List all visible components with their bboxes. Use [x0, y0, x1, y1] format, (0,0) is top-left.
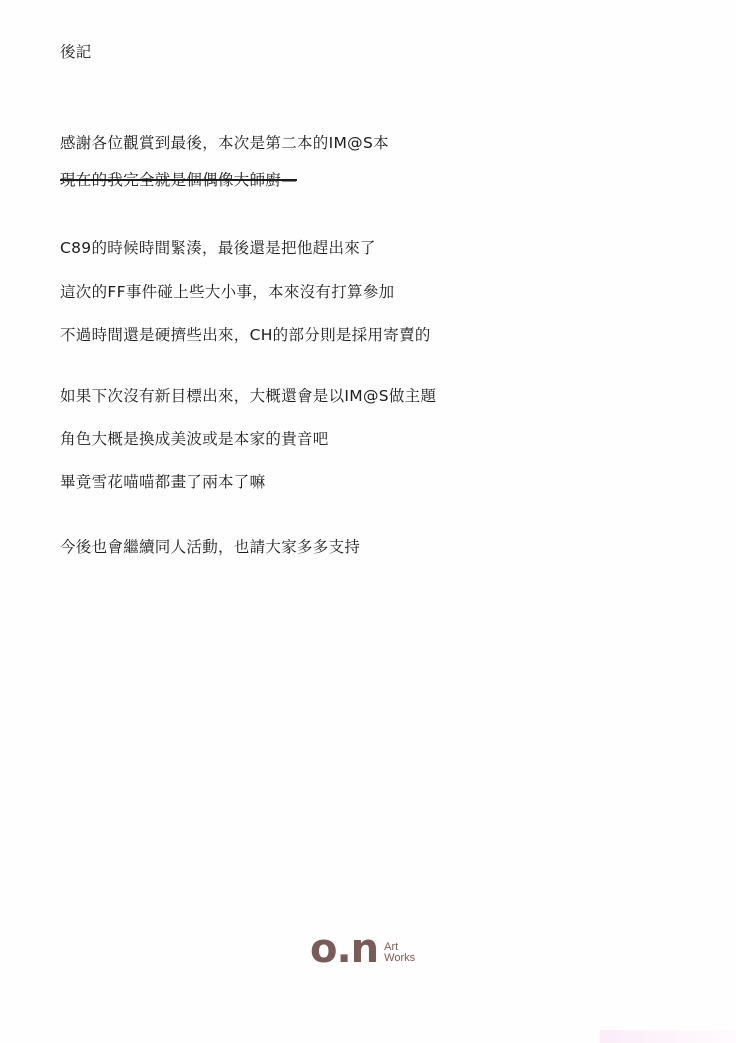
page-title: 後記: [60, 42, 92, 62]
circle-logo: o.n Art Works: [310, 926, 440, 966]
text-line: 角色大概是換成美波或是本家的貴音吧: [60, 429, 329, 449]
scan-artifact: [600, 1030, 736, 1043]
text-line: C89的時候時間緊湊，最後還是把他趕出來了: [60, 238, 376, 258]
text-line: 畢竟雪花喵喵都畫了兩本了嘛: [60, 472, 265, 492]
logo-wordmark: Art Works: [384, 942, 415, 966]
text-line: 不過時間還是硬擠些出來，CH的部分則是採用寄賣的: [60, 325, 431, 345]
text-line: 今後也會繼續同人活動，也請大家多多支持: [60, 537, 360, 557]
text-line: 如果下次沒有新目標出來，大概還會是以IM@S做主題: [60, 386, 436, 406]
afterword-page: 後記 感謝各位觀賞到最後，本次是第二本的IM@S本 現在的我完全就是個偶像大師廚…: [0, 0, 736, 1043]
text-line: 感謝各位觀賞到最後，本次是第二本的IM@S本: [60, 133, 389, 153]
text-line: 這次的FF事件碰上些大小事，本來沒有打算參加: [60, 282, 394, 302]
logo-word-works: Works: [384, 953, 415, 964]
logo-mark: o.n: [310, 932, 378, 966]
strikethrough-line: 現在的我完全就是個偶像大師廚—: [60, 170, 297, 190]
